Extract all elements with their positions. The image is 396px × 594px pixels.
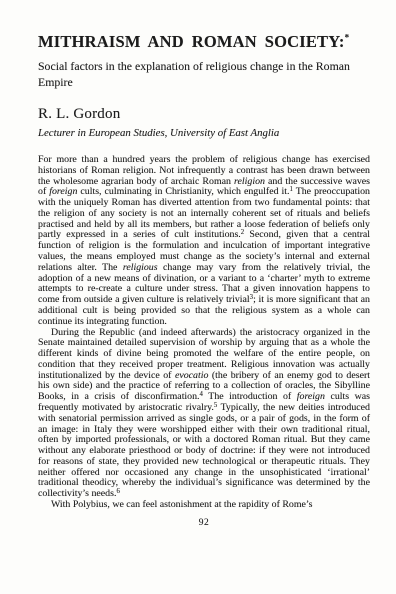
footnote-marker: 3 bbox=[250, 294, 253, 301]
article-title: MITHRAISM AND ROMAN SOCIETY:* bbox=[38, 32, 370, 52]
emphasis-text: religion bbox=[234, 176, 265, 187]
emphasis-text: evocatio bbox=[175, 370, 208, 381]
emphasis-text: foreign bbox=[49, 186, 77, 197]
footnote-marker: 4 bbox=[200, 391, 203, 398]
article-title-text: MITHRAISM AND ROMAN SOCIETY: bbox=[38, 32, 345, 51]
article-body: For more than a hundred years the proble… bbox=[38, 155, 370, 511]
page-number: 92 bbox=[38, 518, 370, 528]
article-page: MITHRAISM AND ROMAN SOCIETY:* Social fac… bbox=[0, 0, 396, 594]
title-footnote-marker: * bbox=[345, 33, 350, 43]
footnote-marker: 5 bbox=[214, 402, 217, 409]
article-subtitle: Social factors in the explanation of rel… bbox=[38, 59, 362, 90]
paragraph-1: For more than a hundred years the proble… bbox=[38, 155, 370, 328]
footnote-marker: 1 bbox=[289, 186, 292, 193]
footnote-marker: 6 bbox=[116, 488, 119, 495]
author-affiliation: Lecturer in European Studies, University… bbox=[38, 127, 370, 139]
paragraph-2: During the Republic (and indeed afterwar… bbox=[38, 328, 370, 501]
emphasis-text: foreign bbox=[297, 391, 325, 402]
paragraph-3: With Polybius, we can feel astonishment … bbox=[38, 500, 370, 511]
footnote-marker: 2 bbox=[241, 229, 244, 236]
author-name: R. L. Gordon bbox=[38, 106, 370, 123]
emphasis-text: religious bbox=[123, 262, 158, 273]
